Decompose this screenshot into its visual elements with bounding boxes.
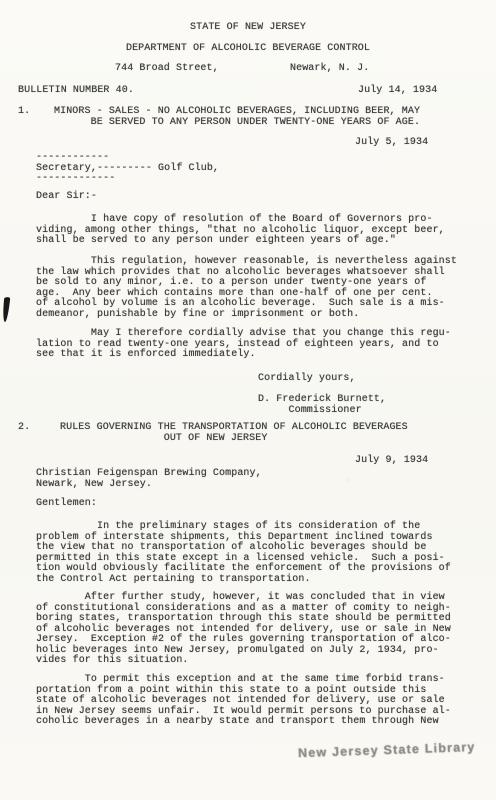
- item2-number: 2.: [18, 423, 30, 434]
- item2-paragraph-2: After further study, however, it was con…: [36, 593, 451, 667]
- item1-paragraph-1: I have copy of resolution of the Board o…: [36, 215, 445, 247]
- item2-heading: RULES GOVERNING THE TRANSPORTATION OF AL…: [60, 423, 408, 444]
- item1-addressee: ------------ Secretary,--------- Golf Cl…: [36, 153, 219, 185]
- item2-letter-date: July 9, 1934: [355, 456, 428, 467]
- letterhead-city: Newark, N. J.: [290, 64, 369, 75]
- item1-paragraph-3: May I therefore cordially advise that yo…: [36, 329, 451, 361]
- item2-paragraph-3: To permit this exception and at the same…: [36, 675, 451, 728]
- item1-heading: MINORS - SALES - NO ALCOHOLIC BEVERAGES,…: [54, 107, 420, 128]
- letterhead-department: DEPARTMENT OF ALCOHOLIC BEVERAGE CONTROL: [0, 44, 496, 55]
- item2-paragraph-1: In the preliminary stages of its conside…: [36, 522, 451, 585]
- item2-salutation: Gentlemen:: [36, 499, 97, 510]
- bulletin-page: STATE OF NEW JERSEY DEPARTMENT OF ALCOHO…: [0, 0, 496, 800]
- item1-letter-date: July 5, 1934: [355, 138, 428, 149]
- item1-salutation: Dear Sir:-: [36, 192, 97, 203]
- item1-number: 1.: [18, 107, 30, 118]
- ink-smudge-mark: [2, 297, 11, 322]
- bulletin-number: BULLETIN NUMBER 40.: [18, 86, 134, 97]
- item1-signature: D. Frederick Burnett, Commissioner: [258, 395, 386, 416]
- letterhead-state: STATE OF NEW JERSEY: [0, 23, 496, 34]
- item2-addressee: Christian Feigenspan Brewing Company, Ne…: [36, 469, 262, 490]
- bulletin-date: July 14, 1934: [358, 86, 437, 97]
- item1-paragraph-2: This regulation, however reasonable, is …: [36, 257, 457, 320]
- item1-closing: Cordially yours,: [258, 374, 356, 385]
- letterhead-street: 744 Broad Street,: [115, 64, 219, 75]
- library-stamp: New Jersey State Library: [298, 742, 476, 759]
